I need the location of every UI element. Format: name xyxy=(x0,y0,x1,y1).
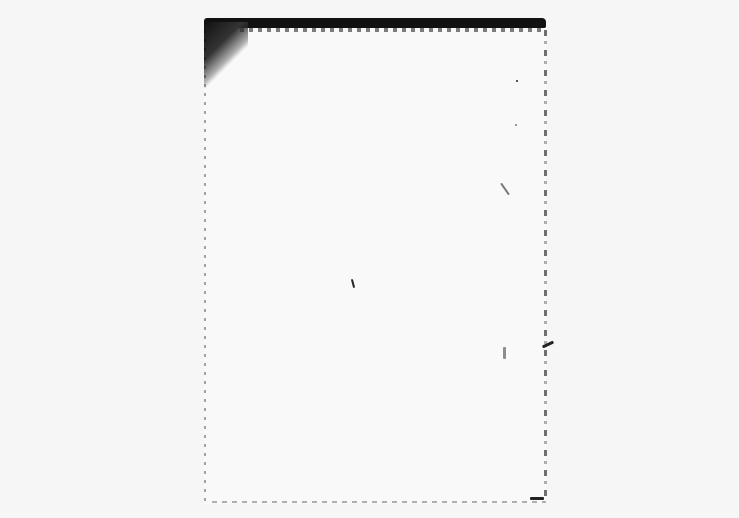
page-right-edge xyxy=(544,30,547,500)
page-bottom-edge xyxy=(212,501,546,503)
scan-speck xyxy=(503,347,506,359)
scan-speck xyxy=(515,124,517,126)
page-top-shadow xyxy=(204,18,546,28)
scan-speck xyxy=(516,80,518,82)
scan-speck xyxy=(530,497,544,500)
page-corner-fold xyxy=(204,22,248,88)
page-left-edge xyxy=(204,30,206,502)
scanned-page xyxy=(204,22,546,504)
